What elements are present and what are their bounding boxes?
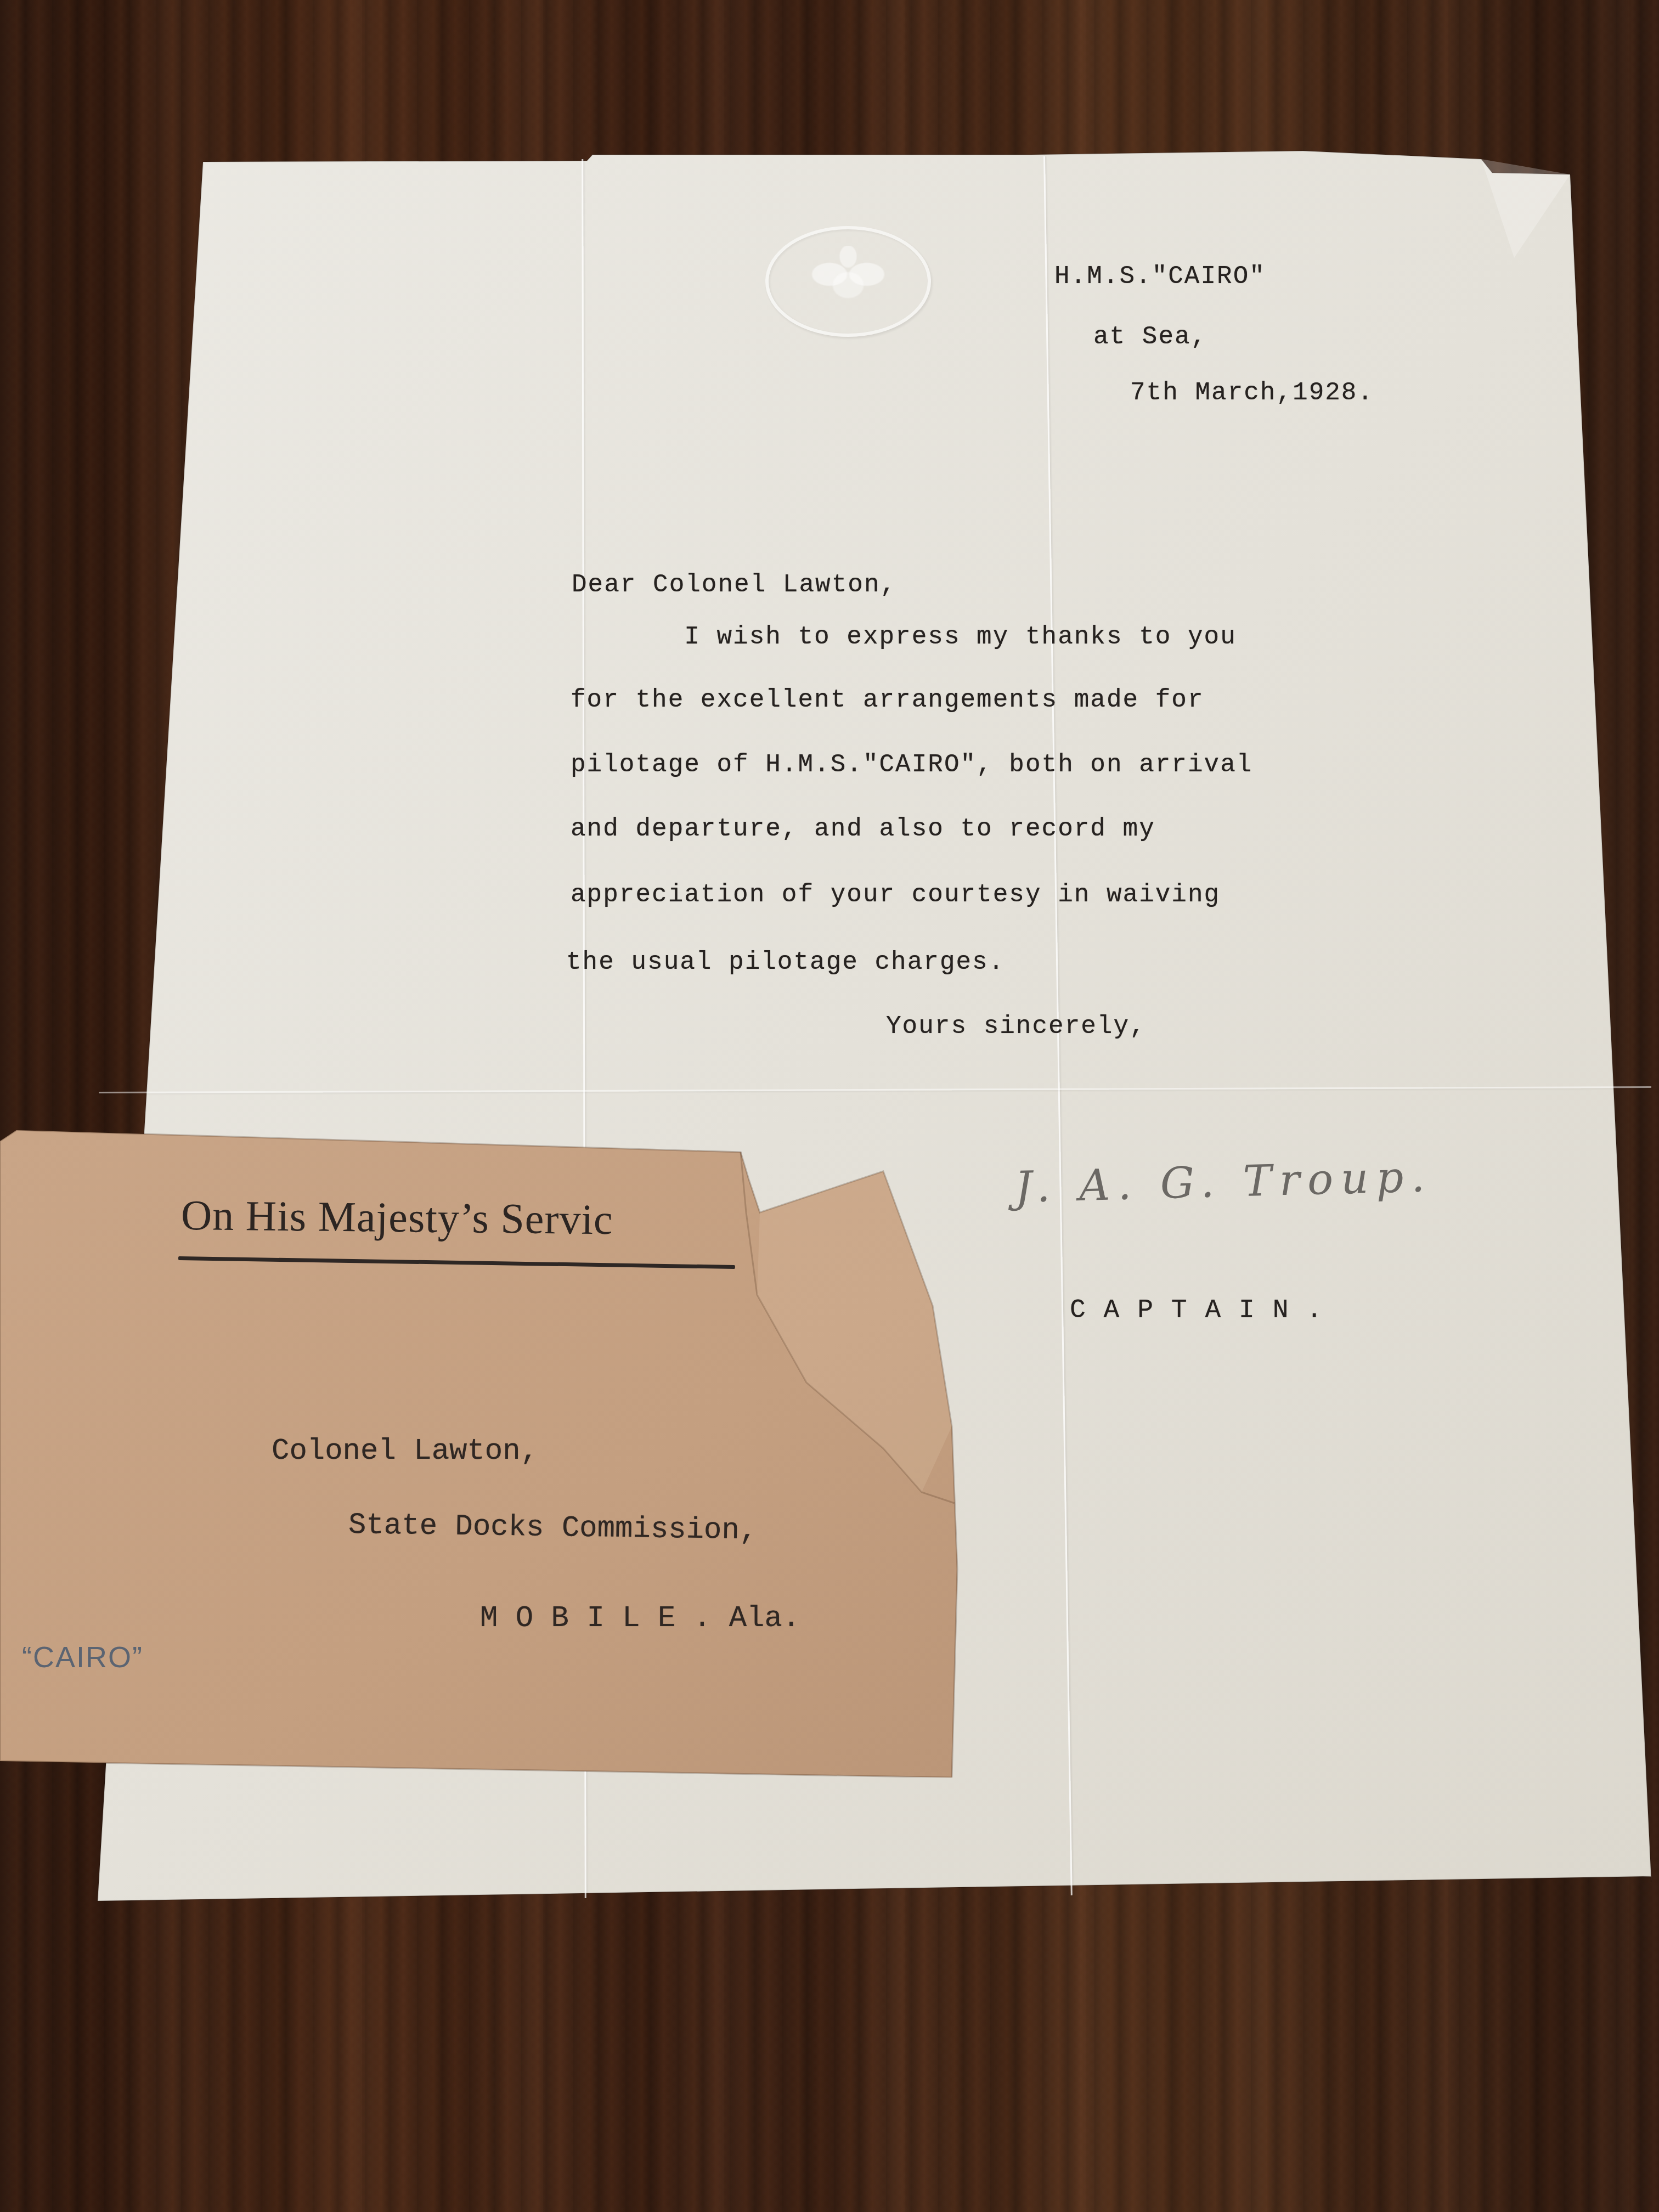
embossed-crest-icon bbox=[765, 226, 931, 337]
letter-body-line: for the excellent arrangements made for bbox=[571, 686, 1204, 714]
letter-closing: Yours sincerely, bbox=[886, 1012, 1146, 1041]
letter-sheet: H.M.S."CAIRO" at Sea, 7th March,1928. De… bbox=[0, 0, 1659, 2212]
letter-body-line: appreciation of your courtesy in waiving bbox=[571, 881, 1220, 909]
envelope-address-city: M O B I L E . Ala. bbox=[480, 1602, 800, 1635]
letter-body-line: pilotage of H.M.S."CAIRO", both on arriv… bbox=[571, 751, 1252, 779]
letter-body-line: I wish to express my thanks to you bbox=[571, 623, 1237, 651]
letter-date: 7th March,1928. bbox=[1130, 379, 1374, 407]
envelope-address-organization: State Docks Commission, bbox=[348, 1509, 758, 1548]
letter-body-line: and departure, and also to record my bbox=[571, 815, 1155, 843]
letter-signatory-title: C A P T A I N . bbox=[1070, 1296, 1323, 1325]
letter-location: at Sea, bbox=[1093, 323, 1207, 351]
envelope-ohms-header: On His Majesty’s Servic bbox=[181, 1190, 614, 1244]
letter-salutation: Dear Colonel Lawton, bbox=[572, 571, 896, 599]
letter-body-line: the usual pilotage charges. bbox=[566, 948, 1005, 977]
letter-ship-name: H.M.S."CAIRO" bbox=[1054, 262, 1266, 291]
envelope-ship-stamp: “CAIRO” bbox=[22, 1640, 143, 1674]
envelope-addressee: Colonel Lawton, bbox=[272, 1435, 538, 1468]
envelope-fragment: On His Majesty’s Servic Colonel Lawton, … bbox=[0, 1130, 966, 1778]
